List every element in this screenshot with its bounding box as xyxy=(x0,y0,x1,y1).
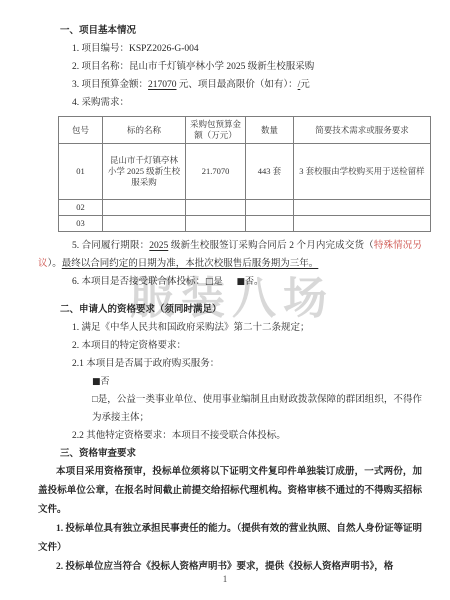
gov-purchase-service-line: 2.1 本项目是否属于政府购买服务： xyxy=(38,355,422,373)
document-content: 一、项目基本情况 1. 项目编号：KSPZ2026-G-004 2. 项目名称：… xyxy=(0,0,450,577)
header-package-no: 包号 xyxy=(59,117,103,144)
procurement-demand-line: 4. 采购需求： xyxy=(38,94,422,112)
project-budget-line: 3. 项目预算金额：217070 元、项目最高限价（如有）：/元 xyxy=(38,76,422,94)
section1-title: 一、项目基本情况 xyxy=(38,22,422,40)
cell-quantity xyxy=(246,200,294,216)
cell-package-no: 02 xyxy=(59,200,103,216)
header-quantity: 数量 xyxy=(246,117,294,144)
cell-package-no: 01 xyxy=(59,144,103,200)
table-header-row: 包号 标的名称 采购包预算金额（万元） 数量 简要技术需求或服务要求 xyxy=(59,117,431,144)
contract-year: 2025 xyxy=(149,241,168,251)
budget-label: 3. 项目预算金额： xyxy=(72,80,148,90)
cell-requirements xyxy=(294,216,431,232)
contract-period-line: 5. 合同履行期限：2025 级新生校服签订采购合同后 2 个月内完成交货（特殊… xyxy=(38,237,422,273)
cell-quantity: 443 套 xyxy=(246,144,294,200)
header-budget: 采购包预算金额（万元） xyxy=(186,117,246,144)
cell-quantity xyxy=(246,216,294,232)
header-requirements: 简要技术需求或服务要求 xyxy=(294,117,431,144)
civil-liability-line: 1. 投标单位具有独立承担民事责任的能力。（提供有效的营业执照、自然人身份证等证… xyxy=(38,520,422,558)
checkbox-unchecked-yes-icon: □是 xyxy=(205,277,223,287)
cell-requirements: 3 套校服由学校购买用于送检留样 xyxy=(294,144,431,200)
procurement-table: 包号 标的名称 采购包预算金额（万元） 数量 简要技术需求或服务要求 01 昆山… xyxy=(58,116,431,232)
checkbox-checked-no-option: ■否 xyxy=(38,373,422,391)
cell-subject-name xyxy=(103,200,186,216)
specific-qualification-line: 2. 本项目的特定资格要求： xyxy=(38,337,422,355)
contract-date-note: 最终以合同约定的日期为准，本批次校服售后服务期为三年。 xyxy=(62,259,319,269)
yuan-suffix: 元 xyxy=(300,80,310,90)
checkbox-unchecked-yes-option: □是，公益一类事业单位、使用事业编制且由财政拨款保障的群团组织，不得作为承接主体… xyxy=(38,391,422,427)
budget-value: 217070 xyxy=(148,80,177,90)
consortium-period: 。 xyxy=(254,277,264,287)
section2-title: 二、申请人的资格要求（须同时满足） xyxy=(38,301,422,319)
table-row: 01 昆山市千灯镇亭林小学 2025 级新生校服采购 21.7070 443 套… xyxy=(59,144,431,200)
project-name-line: 2. 项目名称：昆山市千灯镇亭林小学 2025 级新生校服采购 xyxy=(38,58,422,76)
page-number: 1 xyxy=(0,574,450,584)
project-number-line: 1. 项目编号：KSPZ2026-G-004 xyxy=(38,40,422,58)
cell-subject-name xyxy=(103,216,186,232)
contract-period-label: 5. 合同履行期限： xyxy=(72,241,149,251)
cell-budget xyxy=(186,200,246,216)
table-row: 03 xyxy=(59,216,431,232)
contract-period-close: ）。 xyxy=(48,259,62,269)
cell-package-no: 03 xyxy=(59,216,103,232)
max-price-label: 元、项目最高限价（如有）： xyxy=(177,80,298,90)
document-page: 服装八场 一、项目基本情况 1. 项目编号：KSPZ2026-G-004 2. … xyxy=(0,0,450,600)
cell-subject-name: 昆山市千灯镇亭林小学 2025 级新生校服采购 xyxy=(103,144,186,200)
section3-title: 三、资格审查要求 xyxy=(38,445,422,463)
table-row: 02 xyxy=(59,200,431,216)
consortium-bid-line: 6. 本项目是否接受联合体投标：□是■否。 xyxy=(38,273,422,291)
contract-period-text: 级新生校服签订采购合同后 2 个月内完成交货（ xyxy=(168,241,374,251)
qualification-law-line: 1. 满足《中华人民共和国政府采购法》第二十二条规定； xyxy=(38,319,422,337)
cell-budget: 21.7070 xyxy=(186,144,246,200)
other-qualification-line: 2.2 其他特定资格要求：本项目不接受联合体投标。 xyxy=(38,427,422,445)
cell-budget xyxy=(186,216,246,232)
header-subject-name: 标的名称 xyxy=(103,117,186,144)
prequalification-paragraph: 本项目采用资格预审，投标单位须将以下证明文件复印件单独装订成册，一式两份，加盖投… xyxy=(38,463,422,520)
cell-requirements xyxy=(294,200,431,216)
checkbox-checked-no-icon: ■否 xyxy=(237,277,255,287)
consortium-label: 6. 本项目是否接受联合体投标： xyxy=(72,277,205,287)
